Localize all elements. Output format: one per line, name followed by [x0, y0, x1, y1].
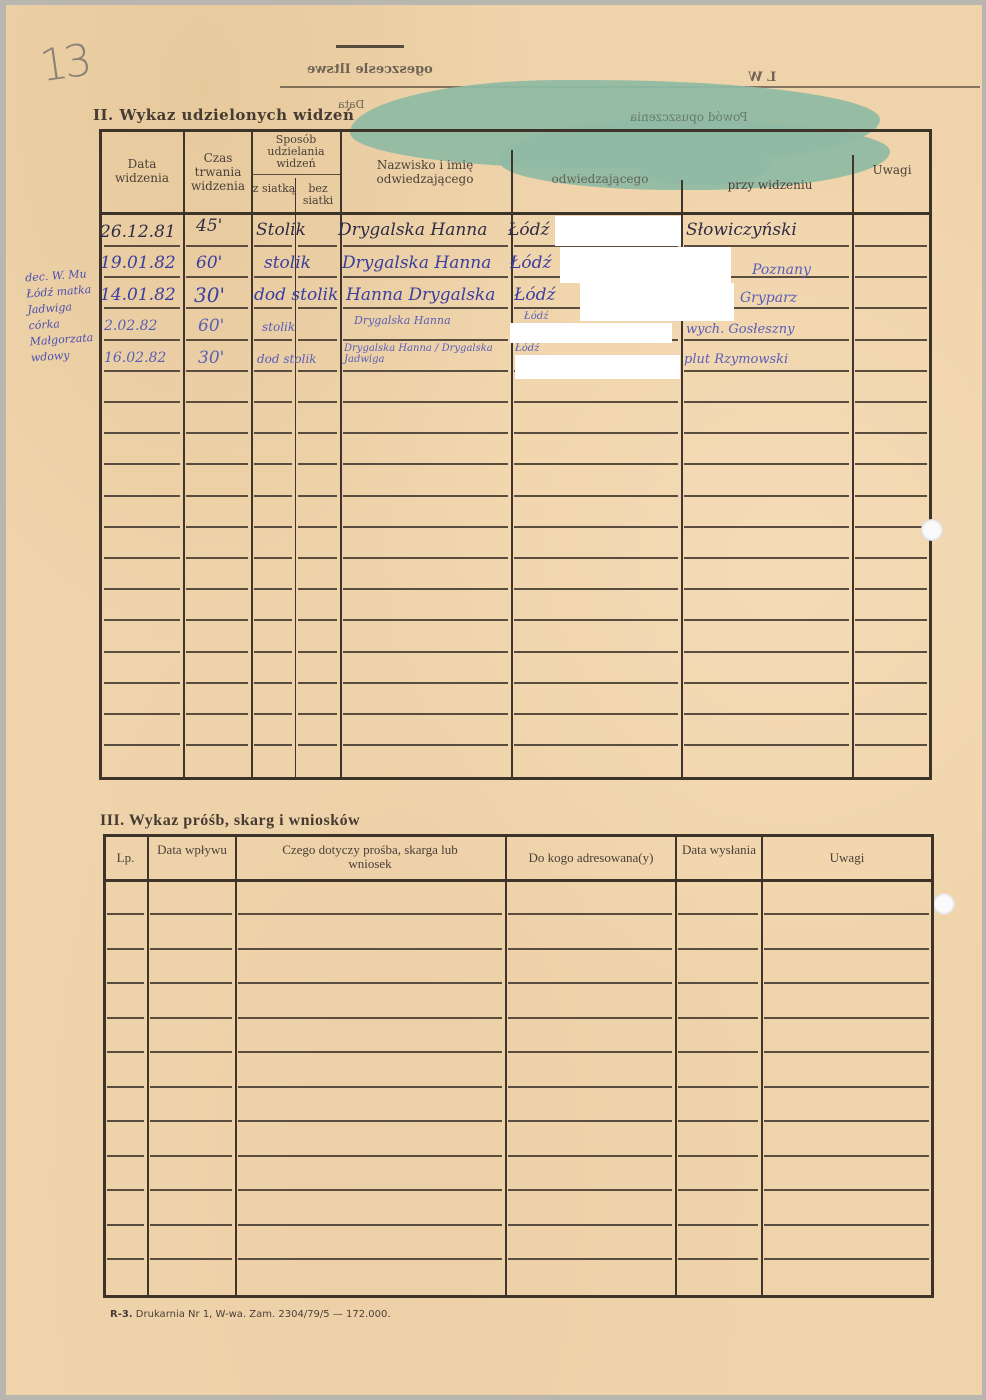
punch-hole: [933, 893, 955, 915]
row-rule: [298, 526, 337, 528]
row-rule: [764, 913, 929, 915]
row-rule: [104, 651, 180, 653]
row5-date: 16.02.82: [104, 350, 166, 366]
col-header-remarks: Uwagi: [764, 851, 930, 865]
header-bottom-rule: [100, 212, 930, 215]
row-rule: [238, 1189, 502, 1191]
row-rule: [254, 495, 292, 497]
row-rule: [855, 276, 927, 278]
row-rule: [186, 495, 248, 497]
row-rule: [678, 1017, 758, 1019]
row-rule: [343, 713, 508, 715]
col-header-date-sent: Data wysłania: [680, 843, 758, 857]
row-rule: [107, 948, 144, 950]
row3-date: 14.01.82: [100, 285, 176, 305]
row-rule: [684, 370, 849, 372]
row-rule: [678, 1224, 758, 1226]
row-rule: [343, 682, 508, 684]
row-rule: [186, 463, 248, 465]
row-rule: [238, 1051, 502, 1053]
row-rule: [254, 245, 292, 247]
row-rule: [678, 1258, 758, 1260]
row5-visitor: Drygalska Hanna / Drygalska Jadwiga: [344, 343, 494, 365]
row-rule: [107, 1189, 144, 1191]
col-divider: [505, 836, 507, 1296]
row-rule: [298, 588, 337, 590]
row-rule: [186, 682, 248, 684]
row-rule: [343, 463, 508, 465]
row-rule: [508, 1189, 672, 1191]
col-header-method: Sposób udzielania widzeń: [253, 134, 339, 170]
row5-duration: 30': [198, 348, 224, 368]
row-rule: [684, 432, 849, 434]
section-ii-title: II. Wykaz udzielonych widzeń: [93, 106, 354, 124]
row-rule: [684, 588, 849, 590]
row-rule: [298, 245, 337, 247]
row1-method: Stolik: [256, 220, 306, 240]
row-rule: [684, 495, 849, 497]
row-rule: [298, 339, 337, 341]
row-rule: [855, 526, 927, 528]
row-rule: [678, 1120, 758, 1122]
row-rule: [107, 1086, 144, 1088]
row-rule: [238, 1120, 502, 1122]
row-rule: [104, 245, 180, 247]
row-rule: [104, 619, 180, 621]
row-rule: [238, 1086, 502, 1088]
row-rule: [684, 557, 849, 559]
row-rule: [238, 948, 502, 950]
row-rule: [508, 1258, 672, 1260]
row2-duration: 60': [196, 253, 222, 273]
row-rule: [508, 1051, 672, 1053]
row-rule: [343, 619, 508, 621]
row-rule: [104, 526, 180, 528]
row-rule: [764, 1086, 929, 1088]
row-rule: [298, 276, 337, 278]
row-rule: [678, 1155, 758, 1157]
row1-officer: Słowiczyński: [686, 220, 797, 240]
row-rule: [254, 651, 292, 653]
row-rule: [764, 1051, 929, 1053]
row-rule: [764, 1120, 929, 1122]
bleed-text-top: ogeszcesle Iltswe: [307, 62, 433, 77]
row1-visitor: Drygalska Hanna: [338, 220, 487, 240]
row-rule: [150, 1086, 232, 1088]
row-rule: [238, 1258, 502, 1260]
row2-method: stolik: [264, 253, 311, 273]
row-rule: [254, 401, 292, 403]
col-header-date-in: Data wpływu: [150, 843, 234, 857]
row-rule: [678, 948, 758, 950]
row-rule: [254, 307, 292, 309]
row-rule: [678, 982, 758, 984]
row-rule: [186, 370, 248, 372]
row-rule: [343, 495, 508, 497]
col-header-subject: Czego dotyczy prośba, skarga lub wniosek: [280, 843, 460, 871]
col-header-remarks: Uwagi: [856, 163, 928, 177]
row-rule: [508, 1017, 672, 1019]
row-rule: [764, 982, 929, 984]
row-rule: [508, 913, 672, 915]
row-rule: [298, 557, 337, 559]
row-rule: [514, 651, 678, 653]
row-rule: [104, 432, 180, 434]
row-rule: [186, 526, 248, 528]
row-rule: [238, 913, 502, 915]
col-header-visitor-address: odwiedzającego: [520, 172, 680, 186]
row-rule: [855, 339, 927, 341]
row-rule: [254, 463, 292, 465]
col-header-lp: Lp.: [104, 851, 147, 865]
header-bottom-rule: [104, 879, 932, 882]
row-rule: [238, 1155, 502, 1157]
row-rule: [186, 432, 248, 434]
row-rule: [508, 1120, 672, 1122]
row-rule: [254, 339, 292, 341]
row-rule: [343, 526, 508, 528]
col-header-officer: przy widzeniu: [690, 178, 850, 192]
row-rule: [186, 651, 248, 653]
row-rule: [684, 401, 849, 403]
row-rule: [514, 682, 678, 684]
row-rule: [678, 1086, 758, 1088]
row-rule: [855, 557, 927, 559]
row-rule: [343, 339, 508, 341]
method-subheader-divider: [251, 174, 340, 175]
redaction: [555, 216, 681, 246]
row4-duration: 60': [198, 316, 224, 336]
row-rule: [855, 744, 927, 746]
row-rule: [508, 1155, 672, 1157]
row-rule: [343, 432, 508, 434]
row-rule: [104, 557, 180, 559]
row2-officer: Poznany: [752, 262, 811, 278]
col-header-visitor-name: Nazwisko i imię odwiedzającego: [355, 158, 495, 186]
row-rule: [343, 276, 508, 278]
row-rule: [855, 619, 927, 621]
row-rule: [508, 1224, 672, 1226]
row-rule: [514, 495, 678, 497]
col-divider: [183, 130, 185, 778]
col-divider: [251, 130, 253, 778]
row4-address: Łódź: [524, 311, 548, 322]
row-rule: [855, 463, 927, 465]
row1-date: 26.12.81: [100, 222, 176, 242]
row-rule: [343, 307, 508, 309]
row-rule: [514, 744, 678, 746]
row-rule: [343, 401, 508, 403]
redaction: [515, 355, 680, 379]
section-iii-title: III. Wykaz próśb, skarg i wniosków: [100, 812, 360, 830]
row-rule: [238, 1017, 502, 1019]
row-rule: [150, 1258, 232, 1260]
row-rule: [186, 276, 248, 278]
row-rule: [508, 1086, 672, 1088]
col-divider: [852, 155, 854, 778]
row-rule: [343, 557, 508, 559]
row-rule: [254, 682, 292, 684]
col-header-method-with: z siatką: [251, 183, 297, 195]
row-rule: [150, 982, 232, 984]
col-header-duration: Czas trwania widzenia: [186, 151, 250, 193]
row-rule: [855, 713, 927, 715]
row1-duration: 45': [196, 216, 222, 236]
row-rule: [107, 1017, 144, 1019]
col-divider: [235, 836, 237, 1296]
row-rule: [514, 557, 678, 559]
row-rule: [238, 1224, 502, 1226]
row-rule: [104, 682, 180, 684]
row-rule: [764, 1189, 929, 1191]
row-rule: [104, 307, 180, 309]
row-rule: [764, 1155, 929, 1157]
row-rule: [684, 526, 849, 528]
row-rule: [254, 744, 292, 746]
row-rule: [764, 1017, 929, 1019]
row-rule: [104, 463, 180, 465]
col-header-date: Data widzenia: [104, 157, 180, 185]
form-code: R-3.: [110, 1309, 133, 1320]
col-divider: [761, 836, 763, 1296]
row-rule: [298, 432, 337, 434]
row-rule: [107, 982, 144, 984]
punch-hole: [921, 519, 943, 541]
row-rule: [514, 713, 678, 715]
row-rule: [514, 588, 678, 590]
row3-address: Łódź: [514, 285, 555, 305]
row-rule: [186, 307, 248, 309]
row-rule: [254, 432, 292, 434]
row-rule: [684, 744, 849, 746]
row-rule: [150, 1155, 232, 1157]
row-rule: [684, 651, 849, 653]
row-rule: [514, 526, 678, 528]
row-rule: [298, 744, 337, 746]
row-rule: [186, 339, 248, 341]
row-rule: [186, 401, 248, 403]
row-rule: [107, 1051, 144, 1053]
row-rule: [186, 619, 248, 621]
row-rule: [254, 276, 292, 278]
row-rule: [186, 713, 248, 715]
row-rule: [254, 713, 292, 715]
redaction: [580, 283, 734, 321]
row2-date: 19.01.82: [100, 253, 176, 273]
row-rule: [104, 588, 180, 590]
row5-address: Łódź: [515, 343, 539, 354]
stain-bleed-text: Powód opuszczenia: [630, 110, 748, 124]
row-rule: [764, 948, 929, 950]
row-rule: [186, 557, 248, 559]
row-rule: [150, 1017, 232, 1019]
redaction: [560, 247, 731, 283]
row-rule: [684, 339, 849, 341]
row4-officer: wych. Gosłeszny: [686, 322, 794, 337]
row-rule: [298, 619, 337, 621]
row-rule: [104, 744, 180, 746]
row-rule: [254, 557, 292, 559]
row-rule: [107, 913, 144, 915]
row-rule: [298, 713, 337, 715]
row-rule: [150, 948, 232, 950]
row-rule: [508, 948, 672, 950]
row4-method: stolik: [262, 320, 295, 334]
margin-note: dec. W. Mu Łódź matka Jadwiga córka Małg…: [25, 266, 102, 367]
row-rule: [104, 495, 180, 497]
row-rule: [678, 1051, 758, 1053]
row-rule: [855, 588, 927, 590]
row-rule: [298, 401, 337, 403]
row-rule: [855, 432, 927, 434]
row2-address: Łódź: [510, 253, 551, 273]
row-rule: [855, 370, 927, 372]
col-divider: [675, 836, 677, 1296]
row-rule: [104, 370, 180, 372]
row-rule: [514, 401, 678, 403]
row-rule: [343, 370, 508, 372]
row-rule: [855, 307, 927, 309]
row-rule: [855, 401, 927, 403]
row-rule: [343, 651, 508, 653]
row-rule: [150, 913, 232, 915]
row-rule: [104, 276, 180, 278]
row-rule: [684, 619, 849, 621]
col-divider: [511, 150, 513, 778]
bleed-text-top-right: L W: [748, 70, 776, 85]
bleed-rule: [336, 45, 404, 48]
col-header-addressed-to: Do kogo adresowana(y): [506, 851, 676, 865]
row-rule: [684, 463, 849, 465]
row-rule: [254, 588, 292, 590]
row-rule: [238, 982, 502, 984]
row-rule: [107, 1120, 144, 1122]
row-rule: [514, 619, 678, 621]
row-rule: [150, 1224, 232, 1226]
row-rule: [104, 339, 180, 341]
row-rule: [298, 370, 337, 372]
row-rule: [186, 245, 248, 247]
sheet-number: 13: [37, 35, 92, 92]
row-rule: [855, 245, 927, 247]
row-rule: [254, 526, 292, 528]
col-divider: [147, 836, 149, 1296]
row-rule: [684, 713, 849, 715]
row-rule: [107, 1224, 144, 1226]
row-rule: [298, 307, 337, 309]
row-rule: [764, 1224, 929, 1226]
row-rule: [254, 370, 292, 372]
row-rule: [150, 1051, 232, 1053]
row5-officer: plut Rzymowski: [684, 352, 788, 367]
row-rule: [514, 432, 678, 434]
row-rule: [514, 463, 678, 465]
row-rule: [104, 401, 180, 403]
row-rule: [764, 1258, 929, 1260]
row-rule: [298, 651, 337, 653]
printer-info: Drukarnia Nr 1, W-wa. Zam. 2304/79/5 — 1…: [136, 1309, 391, 1320]
row-rule: [150, 1120, 232, 1122]
row-rule: [298, 682, 337, 684]
row-rule: [343, 744, 508, 746]
row-rule: [107, 1155, 144, 1157]
row-rule: [186, 744, 248, 746]
row3-officer: Gryparz: [740, 290, 797, 306]
row-rule: [684, 682, 849, 684]
row-rule: [678, 1189, 758, 1191]
row-rule: [855, 682, 927, 684]
row-rule: [186, 588, 248, 590]
row-rule: [855, 651, 927, 653]
row-rule: [298, 463, 337, 465]
row-rule: [343, 245, 508, 247]
redaction: [510, 323, 672, 343]
row2-visitor: Drygalska Hanna: [342, 253, 491, 273]
row3-duration: 30': [194, 283, 225, 307]
print-footer: R-3. Drukarnia Nr 1, W-wa. Zam. 2304/79/…: [110, 1309, 391, 1320]
row-rule: [298, 495, 337, 497]
row3-visitor: Hanna Drygalska: [346, 285, 495, 305]
row-rule: [254, 619, 292, 621]
row5-method: dod stolik: [257, 352, 317, 366]
col-header-method-without: bez siatki: [296, 183, 340, 207]
row-rule: [107, 1258, 144, 1260]
row-rule: [150, 1189, 232, 1191]
row-rule: [343, 588, 508, 590]
requests-table-frame: [103, 834, 934, 1298]
row-rule: [104, 713, 180, 715]
row-rule: [855, 495, 927, 497]
row-rule: [678, 913, 758, 915]
row4-date: 2.02.82: [104, 318, 157, 334]
row-rule: [508, 982, 672, 984]
row4-visitor: Drygalska Hanna: [354, 314, 451, 327]
row1-address: Łódź: [508, 220, 549, 240]
row3-method: dod stolik: [254, 285, 338, 305]
